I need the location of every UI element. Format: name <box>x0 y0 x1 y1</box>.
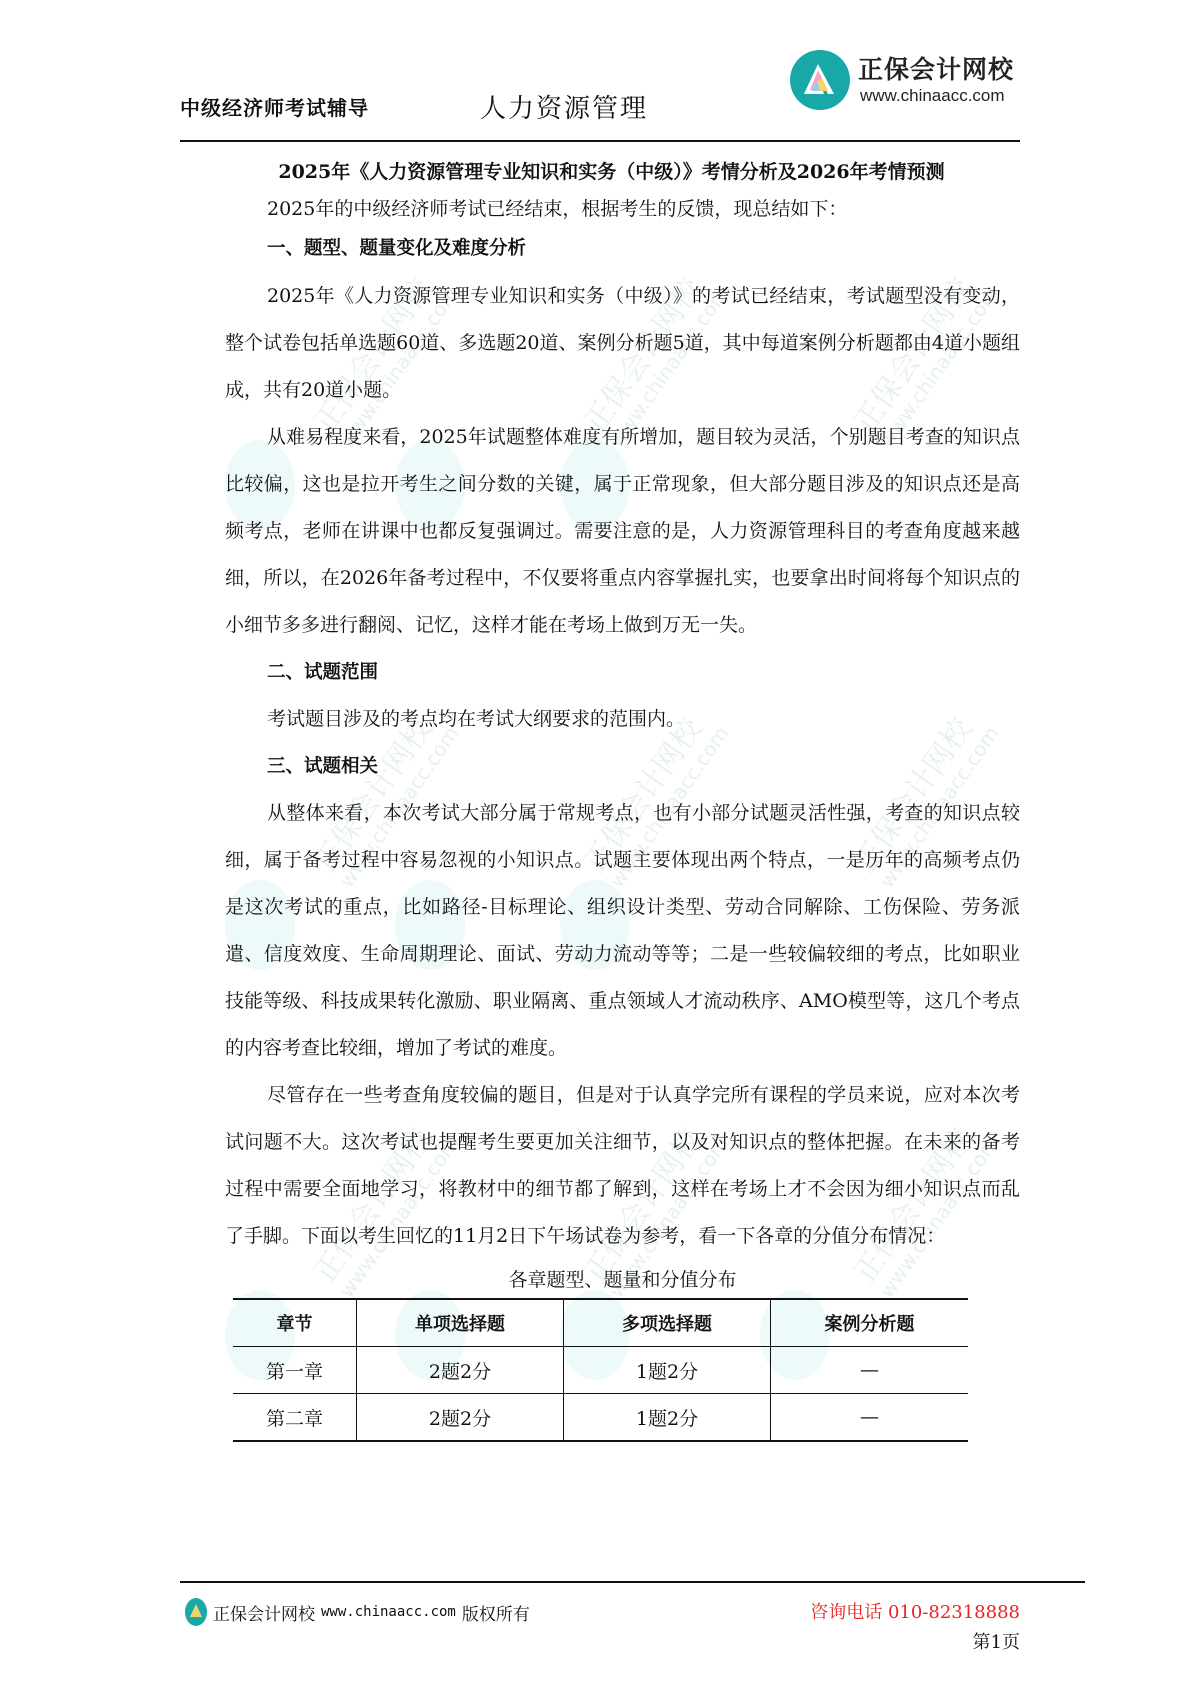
section-heading-1: 一、题型、题量变化及难度分析 <box>225 229 1020 269</box>
table-cell: 第一章 <box>233 1347 357 1394</box>
section-3-paragraph-1: 从整体来看，本次考试大部分属于常规考点，也有小部分试题灵活性强，考查的知识点较细… <box>225 790 1020 1072</box>
table-caption: 各章题型、题量和分值分布 <box>225 1262 1020 1298</box>
footer-url[interactable]: www.chinaacc.com <box>321 1604 456 1620</box>
header-subject: 人力资源管理 <box>480 88 648 125</box>
page-number: 第1页 <box>973 1628 1020 1654</box>
intro-paragraph: 2025年的中级经济师考试已经结束，根据考生的反馈，现总结如下： <box>225 189 1020 229</box>
footer-phone: 咨询电话 010-82318888 <box>810 1598 1020 1624</box>
section-1-paragraph-2: 从难易程度来看，2025年试题整体难度有所增加，题目较为灵活，个别题目考查的知识… <box>225 414 1020 649</box>
score-distribution-table: 章节 单项选择题 多项选择题 案例分析题 第一章 2题2分 1题2分 — 第二章… <box>233 1298 968 1442</box>
footer-brand: 正保会计网校 <box>213 1600 315 1625</box>
column-header: 多项选择题 <box>564 1299 771 1347</box>
footer-rights: 版权所有 <box>462 1600 530 1625</box>
brand-url: www.chinaacc.com <box>860 86 1005 106</box>
column-header: 章节 <box>233 1299 357 1347</box>
table-cell: — <box>771 1394 969 1442</box>
table-cell: 第二章 <box>233 1394 357 1442</box>
page-header: 中级经济师考试辅导 人力资源管理 正保会计网校 www.chinaacc.com <box>180 40 1020 145</box>
brand-logo: 正保会计网校 www.chinaacc.com <box>790 40 1020 120</box>
table-cell: 2题2分 <box>357 1394 564 1442</box>
chinaacc-logo-icon <box>185 1598 207 1626</box>
section-2-paragraph-1: 考试题目涉及的考点均在考试大纲要求的范围内。 <box>225 696 1020 743</box>
section-heading-2: 二、试题范围 <box>225 649 1020 696</box>
brand-name: 正保会计网校 <box>858 50 1014 86</box>
table-row: 第二章 2题2分 1题2分 — <box>233 1394 968 1442</box>
chinaacc-logo-icon <box>790 50 850 110</box>
header-divider <box>180 140 1020 142</box>
table-row: 第一章 2题2分 1题2分 — <box>233 1347 968 1394</box>
table-cell: 1题2分 <box>564 1347 771 1394</box>
table-cell: — <box>771 1347 969 1394</box>
section-3-paragraph-2: 尽管存在一些考查角度较偏的题目，但是对于认真学完所有课程的学员来说，应对本次考试… <box>225 1072 1020 1260</box>
column-header: 单项选择题 <box>357 1299 564 1347</box>
header-course-title: 中级经济师考试辅导 <box>180 92 369 121</box>
section-1-paragraph-1: 2025年《人力资源管理专业知识和实务（中级）》的考试已经结束，考试题型没有变动… <box>225 273 1020 414</box>
footer-divider <box>180 1581 1085 1583</box>
document-body: 2025年《人力资源管理专业知识和实务（中级）》考情分析及2026年考情预测 2… <box>225 155 1020 1442</box>
table-cell: 2题2分 <box>357 1347 564 1394</box>
footer-copyright: 正保会计网校 www.chinaacc.com 版权所有 <box>185 1598 530 1626</box>
document-title: 2025年《人力资源管理专业知识和实务（中级）》考情分析及2026年考情预测 <box>203 155 1020 189</box>
table-cell: 1题2分 <box>564 1394 771 1442</box>
column-header: 案例分析题 <box>771 1299 969 1347</box>
table-header-row: 章节 单项选择题 多项选择题 案例分析题 <box>233 1299 968 1347</box>
section-heading-3: 三、试题相关 <box>225 743 1020 790</box>
